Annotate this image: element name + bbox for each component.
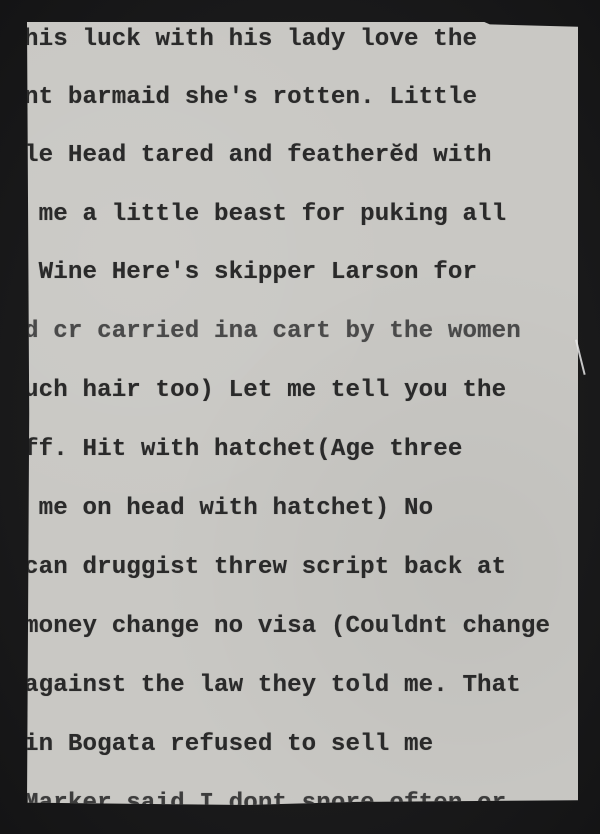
text-line-7: uch hair too) Let me tell you the <box>27 379 506 403</box>
text-line-13: in Bogata refused to sell me <box>27 733 433 757</box>
text-line-4: me a little beast for puking all <box>27 203 506 227</box>
text-line-6: d cr carried ina cart by the women <box>27 320 521 344</box>
text-line-3: le Head tared and featherĕd with <box>27 144 492 168</box>
text-line-11: money change no visa (Couldnt change <box>27 615 550 639</box>
text-line-1: his luck with his lady love the <box>27 28 477 52</box>
typewritten-paper-fragment: his luck with his lady love the nt barma… <box>27 22 578 805</box>
text-line-10: can druggist threw script back at <box>27 556 506 580</box>
text-line-5: Wine Here's skipper Larson for <box>27 261 477 285</box>
text-line-2: nt barmaid she's rotten. Little <box>27 86 477 110</box>
text-line-12: against the law they told me. That <box>27 674 521 698</box>
typed-text-block: his luck with his lady love the nt barma… <box>27 22 578 805</box>
text-line-8: ff. Hit with hatchet(Age three <box>27 438 462 462</box>
text-line-9: me on head with hatchet) No <box>27 497 433 521</box>
